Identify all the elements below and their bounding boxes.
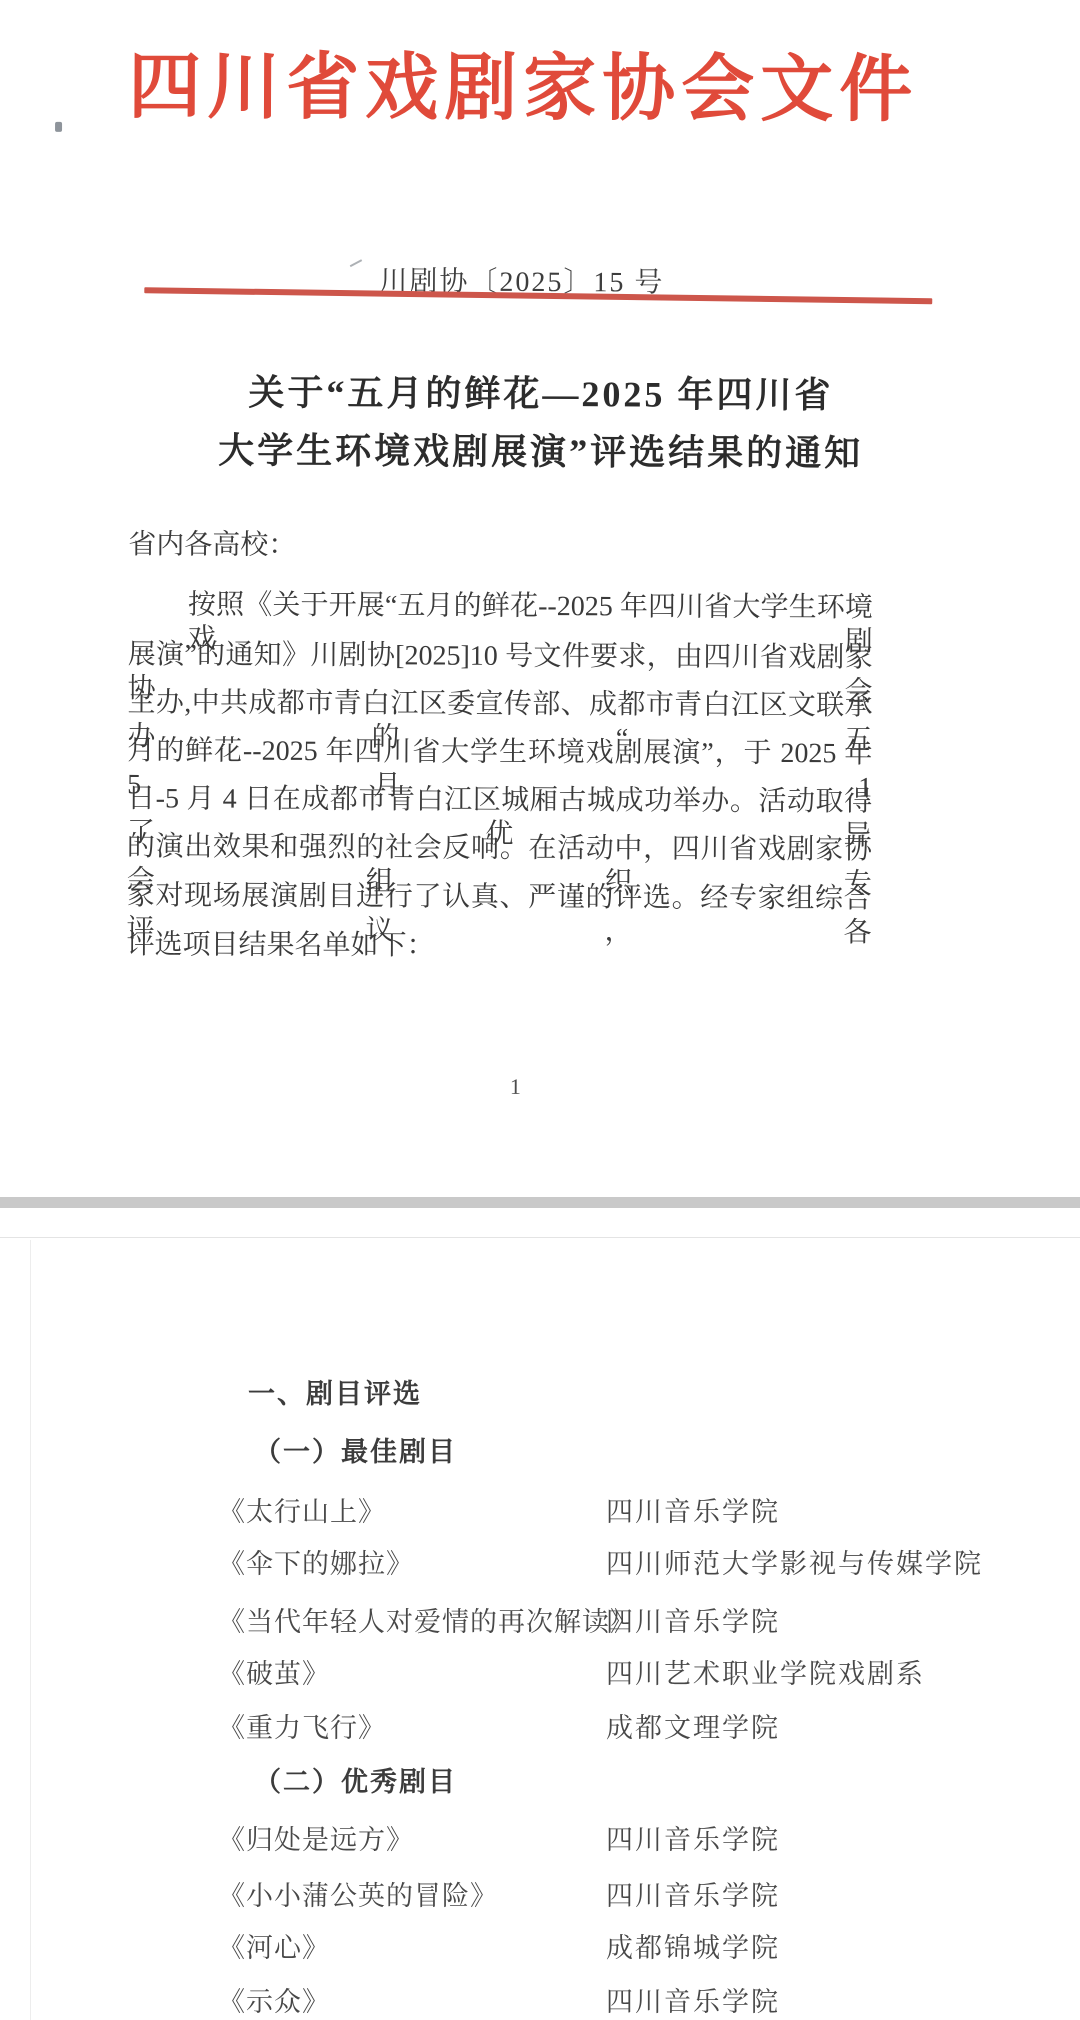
play-school: 四川音乐学院 (606, 1980, 780, 2019)
play-school: 四川音乐学院 (606, 1600, 780, 1639)
scanned-document: 四川省戏剧家协会文件 川剧协〔2025〕15 号 关于“五月的鲜花—2025 年… (0, 0, 1080, 2020)
play-title: 《归处是远方》 (218, 1818, 414, 1857)
document-title-line-1: 关于“五月的鲜花—2025 年四川省 (1, 364, 1080, 420)
play-row: 《重力飞行》 成都文理学院 (218, 1706, 1038, 1740)
salutation: 省内各高校： (128, 528, 873, 565)
scan-artifact (350, 259, 362, 267)
play-row: 《破茧》 四川艺术职业学院戏剧系 (218, 1652, 1038, 1686)
play-row: 《太行山上》 四川音乐学院 (218, 1490, 1038, 1524)
play-title: 《当代年轻人对爱情的再次解读》 (218, 1600, 638, 1639)
play-row: 《小小蒲公英的冒险》 四川音乐学院 (218, 1874, 1038, 1908)
play-school: 成都文理学院 (606, 1706, 780, 1745)
play-row: 《伞下的娜拉》 四川师范大学影视与传媒学院 (218, 1542, 1038, 1576)
body-line: 评选项目结果名单如下： (126, 928, 871, 965)
play-school: 四川音乐学院 (606, 1874, 780, 1913)
document-page-2: 一、剧目评选 （一）最佳剧目 《太行山上》 四川音乐学院 《伞下的娜拉》 四川师… (0, 1208, 1080, 2020)
play-title: 《太行山上》 (218, 1490, 386, 1529)
play-title: 《伞下的娜拉》 (218, 1542, 414, 1581)
play-title: 《小小蒲公英的冒险》 (218, 1874, 498, 1913)
play-title: 《河心》 (218, 1926, 330, 1965)
page-number: 1 (510, 1074, 521, 1100)
subsection-heading-excellent-plays: （二）优秀剧目 (254, 1760, 457, 1799)
play-title: 《破茧》 (218, 1652, 330, 1691)
play-row: 《河心》 成都锦城学院 (218, 1926, 1038, 1960)
play-school: 四川艺术职业学院戏剧系 (606, 1652, 925, 1691)
play-row: 《归处是远方》 四川音乐学院 (218, 1818, 1038, 1852)
play-school: 四川音乐学院 (606, 1490, 780, 1529)
play-title: 《示众》 (218, 1980, 330, 2019)
play-school: 成都锦城学院 (606, 1926, 780, 1965)
subsection-heading-best-plays: （一）最佳剧目 (254, 1430, 457, 1469)
play-school: 四川音乐学院 (606, 1818, 780, 1857)
document-title-line-2: 大学生环境戏剧展演”评选结果的通知 (1, 422, 1080, 478)
scan-artifact (55, 122, 62, 132)
play-school: 四川师范大学影视与传媒学院 (606, 1542, 983, 1581)
play-row: 《当代年轻人对爱情的再次解读》 四川音乐学院 (218, 1600, 1038, 1634)
org-header-title: 四川省戏剧家协会文件 (128, 44, 918, 134)
document-page-1: 四川省戏剧家协会文件 川剧协〔2025〕15 号 关于“五月的鲜花—2025 年… (0, 0, 1080, 1199)
page-separator-band (0, 1197, 1080, 1208)
section-heading-play-selection: 一、剧目评选 (248, 1372, 422, 1411)
play-title: 《重力飞行》 (218, 1706, 386, 1745)
play-row: 《示众》 四川音乐学院 (218, 1980, 1038, 2014)
